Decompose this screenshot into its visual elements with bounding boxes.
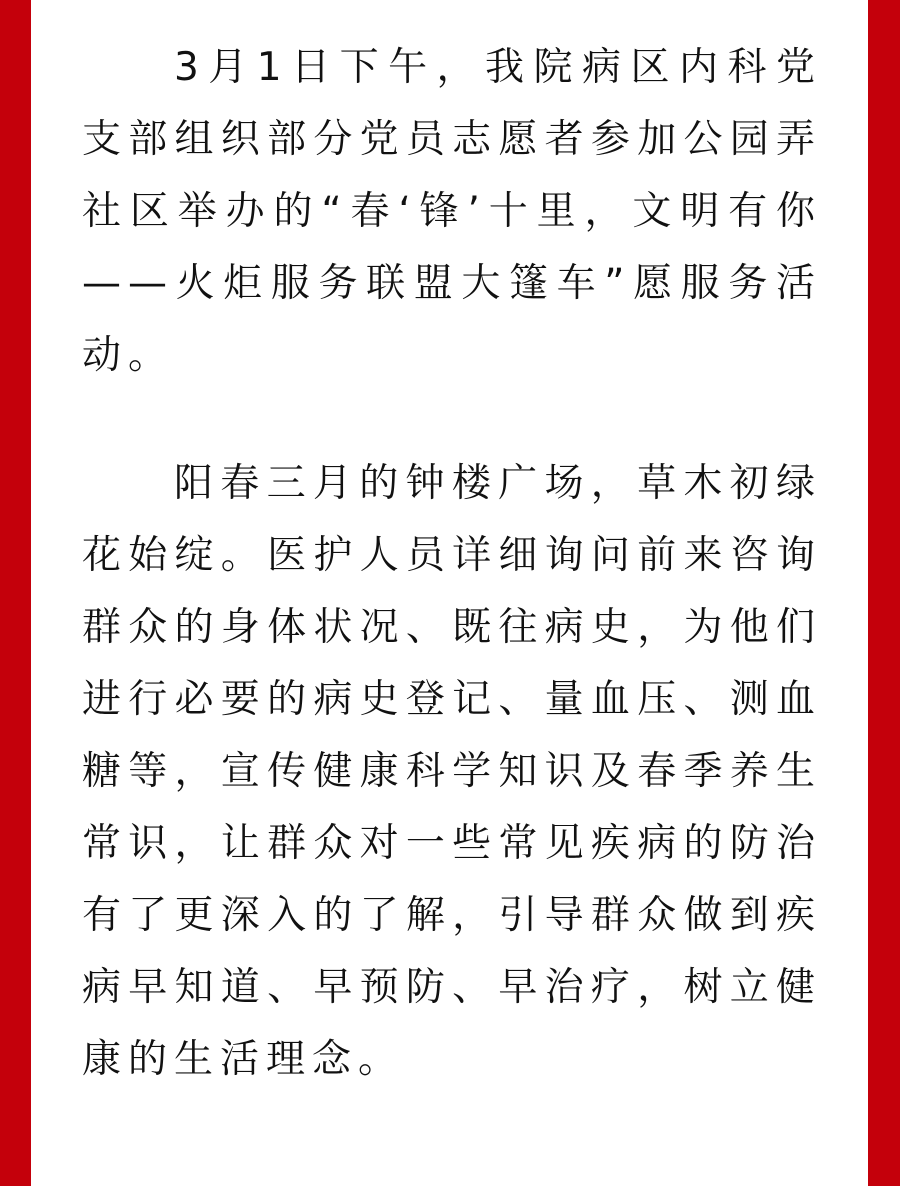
paragraph-1: 3月1日下午，我院病区内科党支部组织部分党员志愿者参加公园弄社区举办的“春‘锋’… [82,32,822,392]
paragraph-2: 阳春三月的钟楼广场，草木初绿花始绽。医护人员详细询问前来咨询群众的身体状况、既往… [82,448,822,1096]
article-body: 3月1日下午，我院病区内科党支部组织部分党员志愿者参加公园弄社区举办的“春‘锋’… [82,32,822,1152]
left-red-border [0,0,31,1186]
right-red-border [868,0,900,1186]
